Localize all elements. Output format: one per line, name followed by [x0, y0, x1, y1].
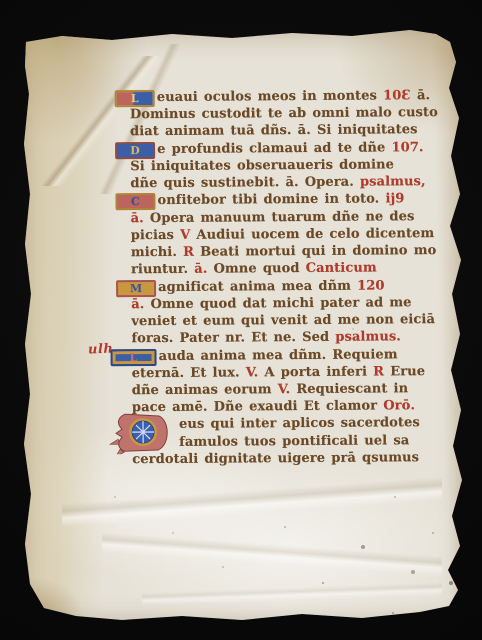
illuminated-initial-L: L: [110, 348, 156, 365]
text-block: Leuaui oculos meos in montes 10Ɛ ā.Domin…: [130, 87, 463, 468]
body-text-segment: e profundis clamaui ad te dñe: [157, 140, 391, 157]
text-line: cerdotali dignitate uigere prā qsumus: [132, 449, 462, 469]
rubric-text-segment: V.: [278, 382, 297, 397]
body-text-segment: Omne quod dat michi pater ad me: [150, 295, 411, 312]
rubric-text-segment: R: [183, 245, 200, 260]
crease: [102, 520, 442, 582]
body-text-segment: Omne quod: [213, 261, 305, 277]
body-text-segment: A porta inferi: [264, 364, 373, 380]
body-text-segment: Requiescant in: [296, 381, 408, 397]
parchment-specks: [22, 26, 24, 28]
body-text-segment: diat animam tuā dñs. ā. Si iniquitates: [130, 123, 418, 140]
body-text-segment: dñe quis sustinebit. ā. Opera.: [130, 175, 360, 192]
body-text-segment: picias: [131, 228, 180, 243]
body-text-segment: riuntur.: [131, 262, 194, 277]
body-text-segment: famulos tuos pontificali uel sa: [179, 433, 409, 450]
body-text-segment: Beati mortui qui in domino mo: [200, 243, 436, 260]
rubric-text-segment: ā.: [131, 297, 150, 312]
rubric-text-segment: ā.: [131, 211, 150, 226]
rubric-text-segment: Canticum: [306, 261, 377, 276]
rubric-text-segment: V.: [246, 365, 265, 380]
body-text-segment: Si iniquitates obseruaueris domine: [130, 157, 394, 174]
rubric-text-segment: 120: [357, 278, 385, 293]
photo-background: ulh Leuaui oculos meos in montes 10Ɛ ā.D…: [0, 0, 482, 640]
rubric-text-segment: R: [373, 364, 390, 379]
rubric-text-segment: psalmus.: [335, 330, 401, 345]
rubric-text-segment: Orō.: [383, 398, 415, 413]
body-text-segment: eus qui inter aplicos sacerdotes: [179, 416, 420, 433]
body-text-segment: Opera manuum tuarum dñe ne des: [150, 209, 415, 226]
body-text-segment: euaui oculos meos in montes: [157, 88, 383, 105]
illuminated-initial-M: M: [116, 280, 156, 297]
body-text-segment: foras. Pater nr. Et ne. Sed: [131, 330, 335, 346]
rubric-text-segment: V: [180, 228, 196, 243]
body-text-segment: veniet et eum qui venit ad me non eiciā: [131, 312, 435, 329]
body-text-segment: Dominus custodit te ab omni malo custo: [130, 105, 438, 122]
body-text-segment: ā.: [417, 88, 430, 103]
body-text-segment: cerdotali dignitate uigere prā qsumus: [132, 450, 419, 467]
body-text-segment: michi.: [131, 245, 183, 260]
body-text-segment: Audiui uocem de celo dicentem: [196, 226, 434, 243]
illuminated-initial-L: L: [115, 90, 155, 107]
rubric-text-segment: psalmus,: [360, 174, 426, 189]
body-text-segment: eternā. Et lux.: [132, 365, 246, 381]
body-text-segment: dñe animas eorum: [132, 382, 278, 398]
rubric-text-segment: 107.: [391, 140, 423, 155]
illuminated-initial-D: D: [115, 142, 155, 159]
body-text-segment: agnificat anima mea dñm: [158, 278, 357, 294]
rubric-text-segment: ā.: [194, 262, 213, 277]
body-text-segment: onfitebor tibi domine in toto.: [157, 192, 385, 209]
rubric-text-segment: ij9: [385, 192, 404, 207]
illuminated-initial-C: C: [115, 193, 155, 210]
rubric-text-segment: 10Ɛ: [383, 88, 417, 103]
crease: [142, 566, 442, 616]
crease: [62, 464, 442, 536]
body-text-segment: Erue: [390, 364, 425, 379]
body-text-segment: auda anima mea dñm. Requiem: [158, 347, 397, 364]
manuscript-leaf: ulh Leuaui oculos meos in montes 10Ɛ ā.D…: [22, 26, 462, 620]
